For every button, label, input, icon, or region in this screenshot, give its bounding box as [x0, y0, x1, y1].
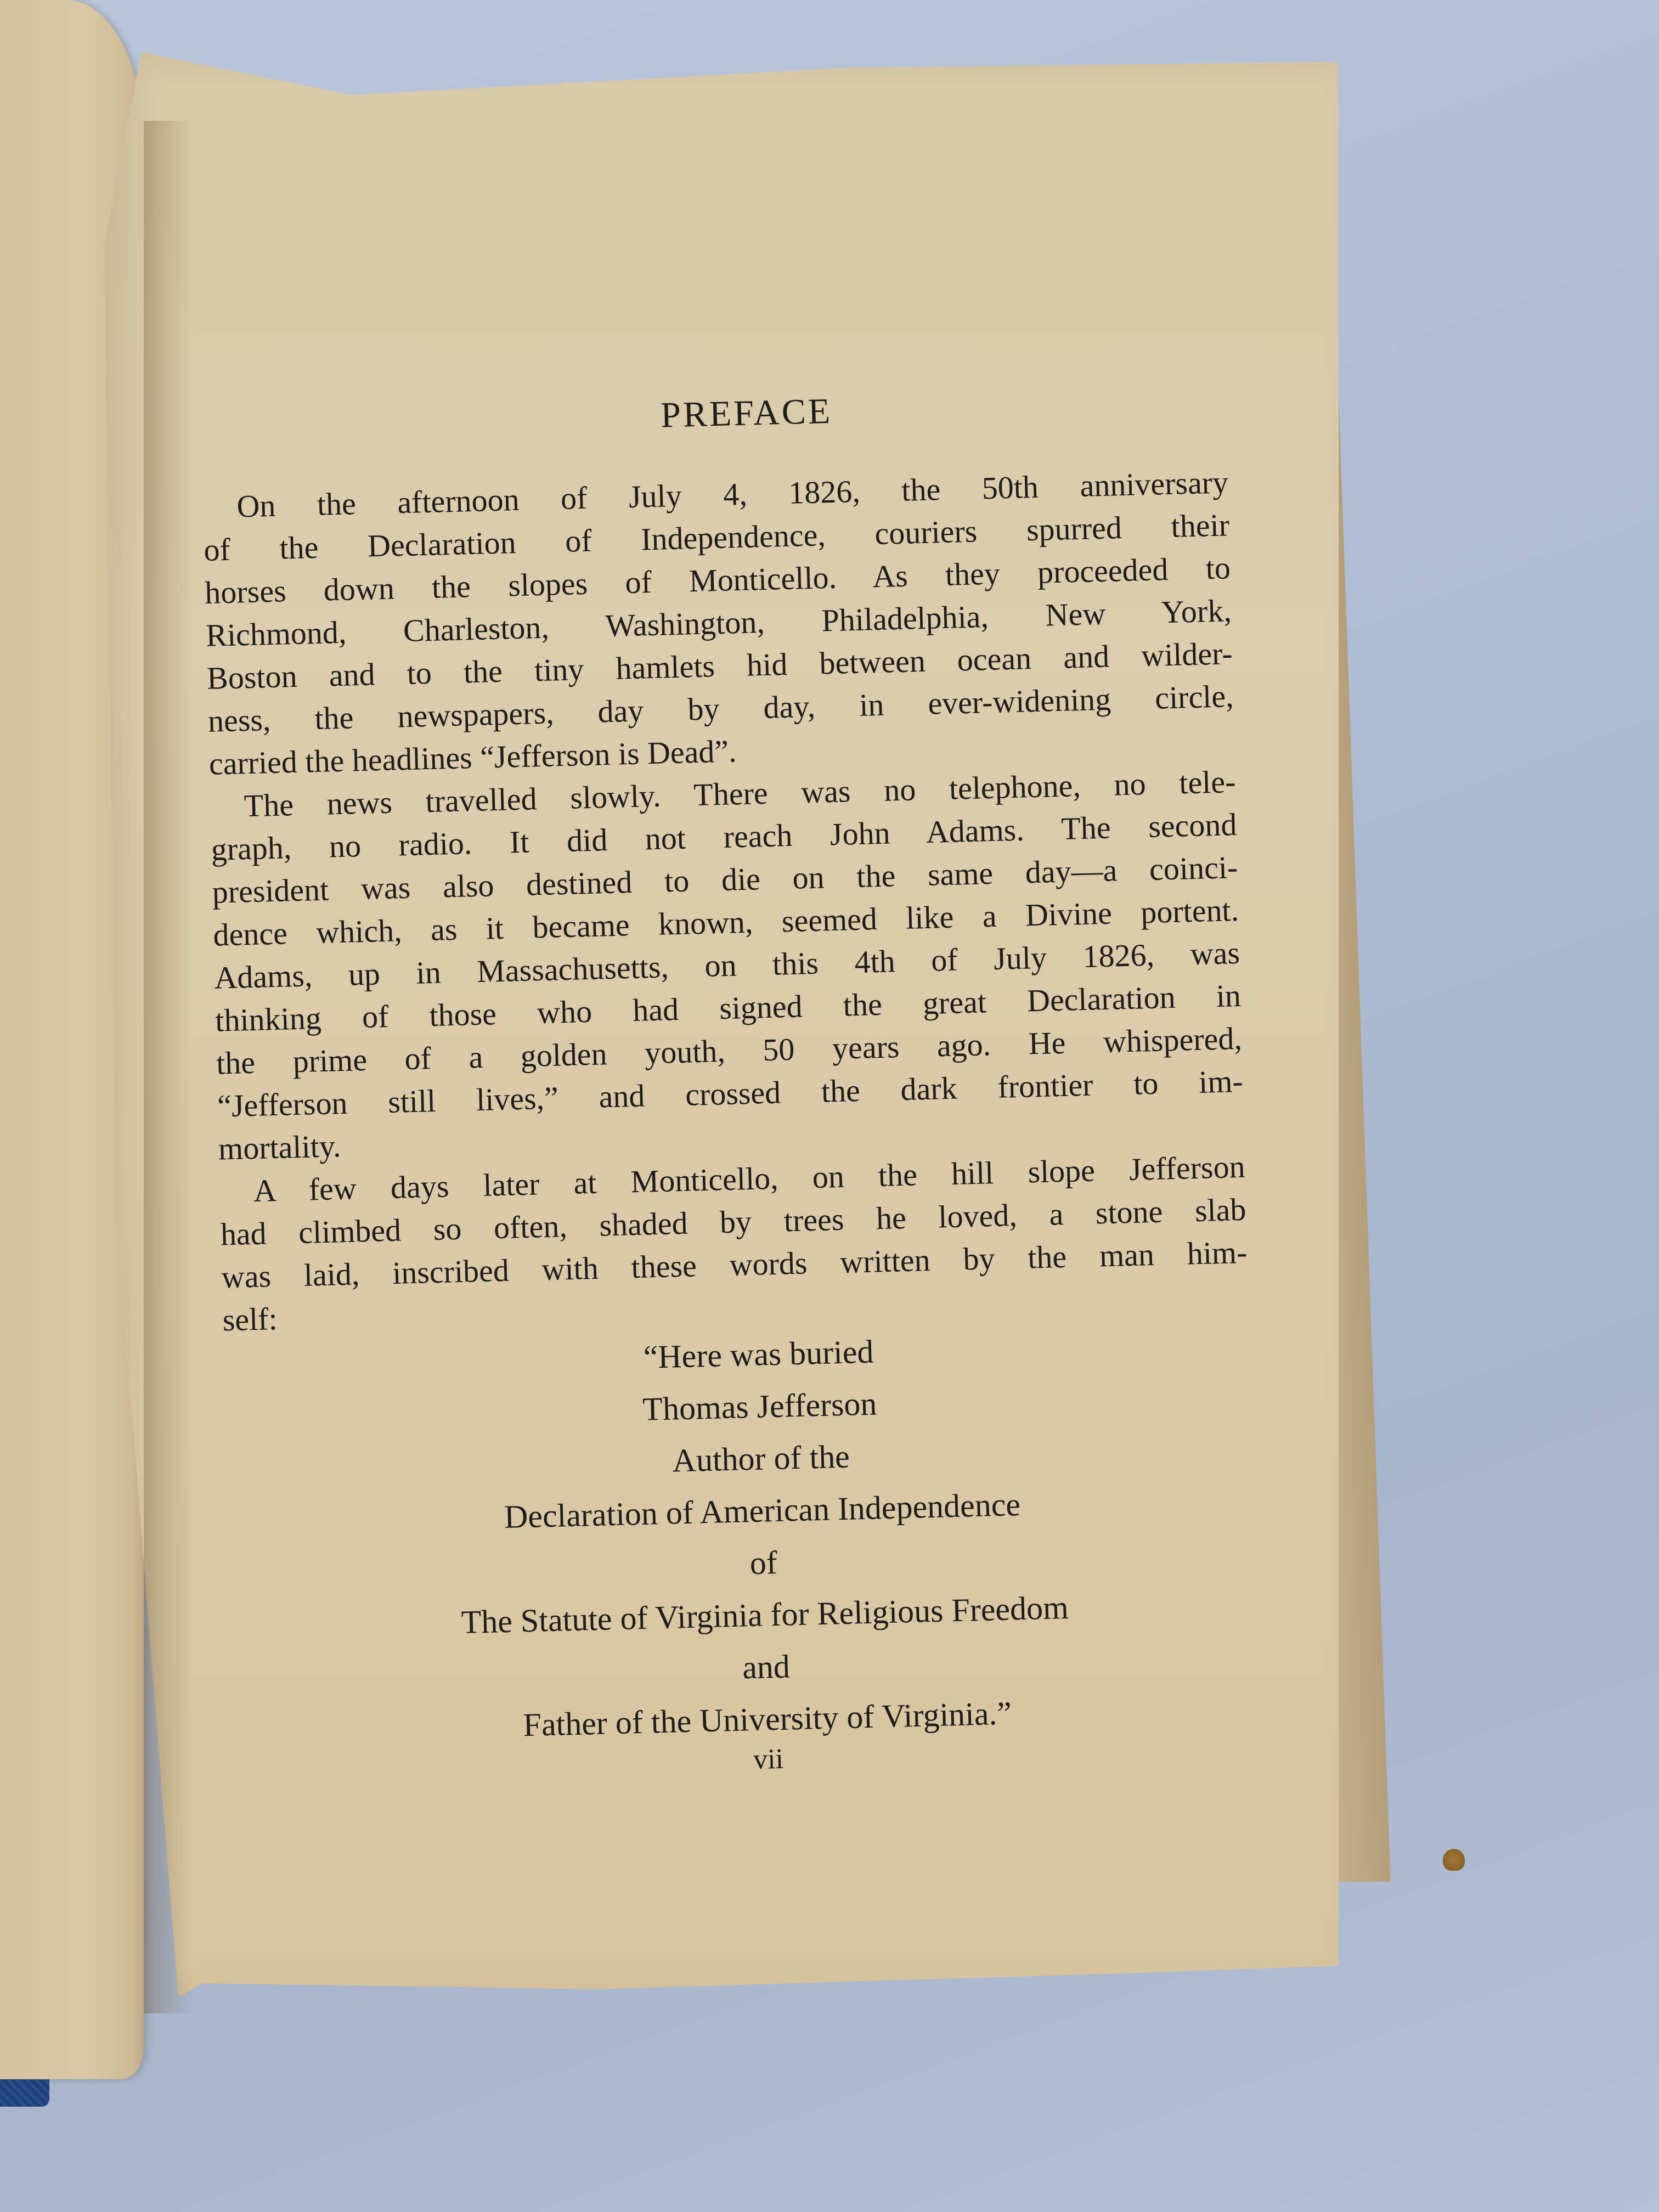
headband-bottom — [1443, 1849, 1465, 1871]
epitaph-inscription: “Here was buried Thomas Jefferson Author… — [223, 1317, 1259, 1758]
paragraph-3: A few days later at Monticello, on the h… — [219, 1145, 1249, 1342]
paragraph-2: The news travelled slowly. There was no … — [210, 760, 1245, 1170]
page-text-block: PREFACE On the afternoon of July 4, 1826… — [200, 381, 1260, 1788]
paragraph-1: On the afternoon of July 4, 1826, the 50… — [202, 461, 1235, 786]
